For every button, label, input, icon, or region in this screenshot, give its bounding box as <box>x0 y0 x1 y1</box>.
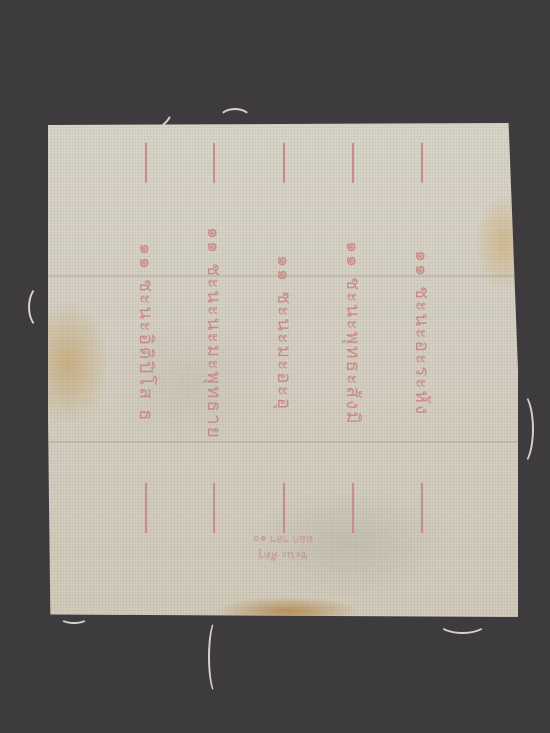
column-glyphs: ๑๑ ชะนะนะมะพุทธาย <box>200 181 228 485</box>
column-stem-bottom <box>145 483 147 533</box>
column-stem-bottom <box>421 483 423 533</box>
script-column-2: ๑๑ ชะนะนะมะพุทธาย <box>200 143 228 533</box>
column-glyphs: ๑๑ ชะนะอะระหัง <box>408 181 436 485</box>
column-stem-bottom <box>283 483 285 533</box>
column-glyphs: ๑๑ ชะนะอิติปิโส ธ <box>132 181 160 485</box>
inscription-line-2: ดอก ฯลฯ ๑๐ <box>218 531 348 547</box>
photo-scene: ๑๑ ชะนะอิติปิโส ธ ๑๑ ชะนะนะมะพุทธาย ๑๑ ช… <box>0 0 550 733</box>
script-column-3: ๑๑ ชะนะมะอะอุ <box>270 143 298 533</box>
script-column-4: ๑๑ ชะนะพุทธะสังมิ <box>339 143 367 533</box>
script-column-5: ๑๑ ชะนะอะระหัง <box>408 143 436 533</box>
column-glyphs: ๑๑ ชะนะพุทธะสังมิ <box>339 181 367 485</box>
column-glyphs: ๑๑ ชะนะมะอะอุ <box>270 181 298 485</box>
bottom-inscription: ชะนะ ศัตรู ดอก ฯลฯ ๑๐ <box>218 531 348 563</box>
column-stem-top <box>145 143 147 183</box>
yantra-cloth: ๑๑ ชะนะอิติปิโส ธ ๑๑ ชะนะนะมะพุทธาย ๑๑ ช… <box>48 123 518 617</box>
column-stem-top <box>283 143 285 183</box>
script-column-1: ๑๑ ชะนะอิติปิโส ธ <box>132 143 160 533</box>
column-stem-top <box>352 143 354 183</box>
column-stem-top <box>213 143 215 183</box>
column-stem-bottom <box>352 483 354 533</box>
inscription-line-1: ชะนะ ศัตรู <box>218 547 348 563</box>
column-stem-top <box>421 143 423 183</box>
loose-thread <box>208 620 224 694</box>
column-stem-bottom <box>213 483 215 533</box>
